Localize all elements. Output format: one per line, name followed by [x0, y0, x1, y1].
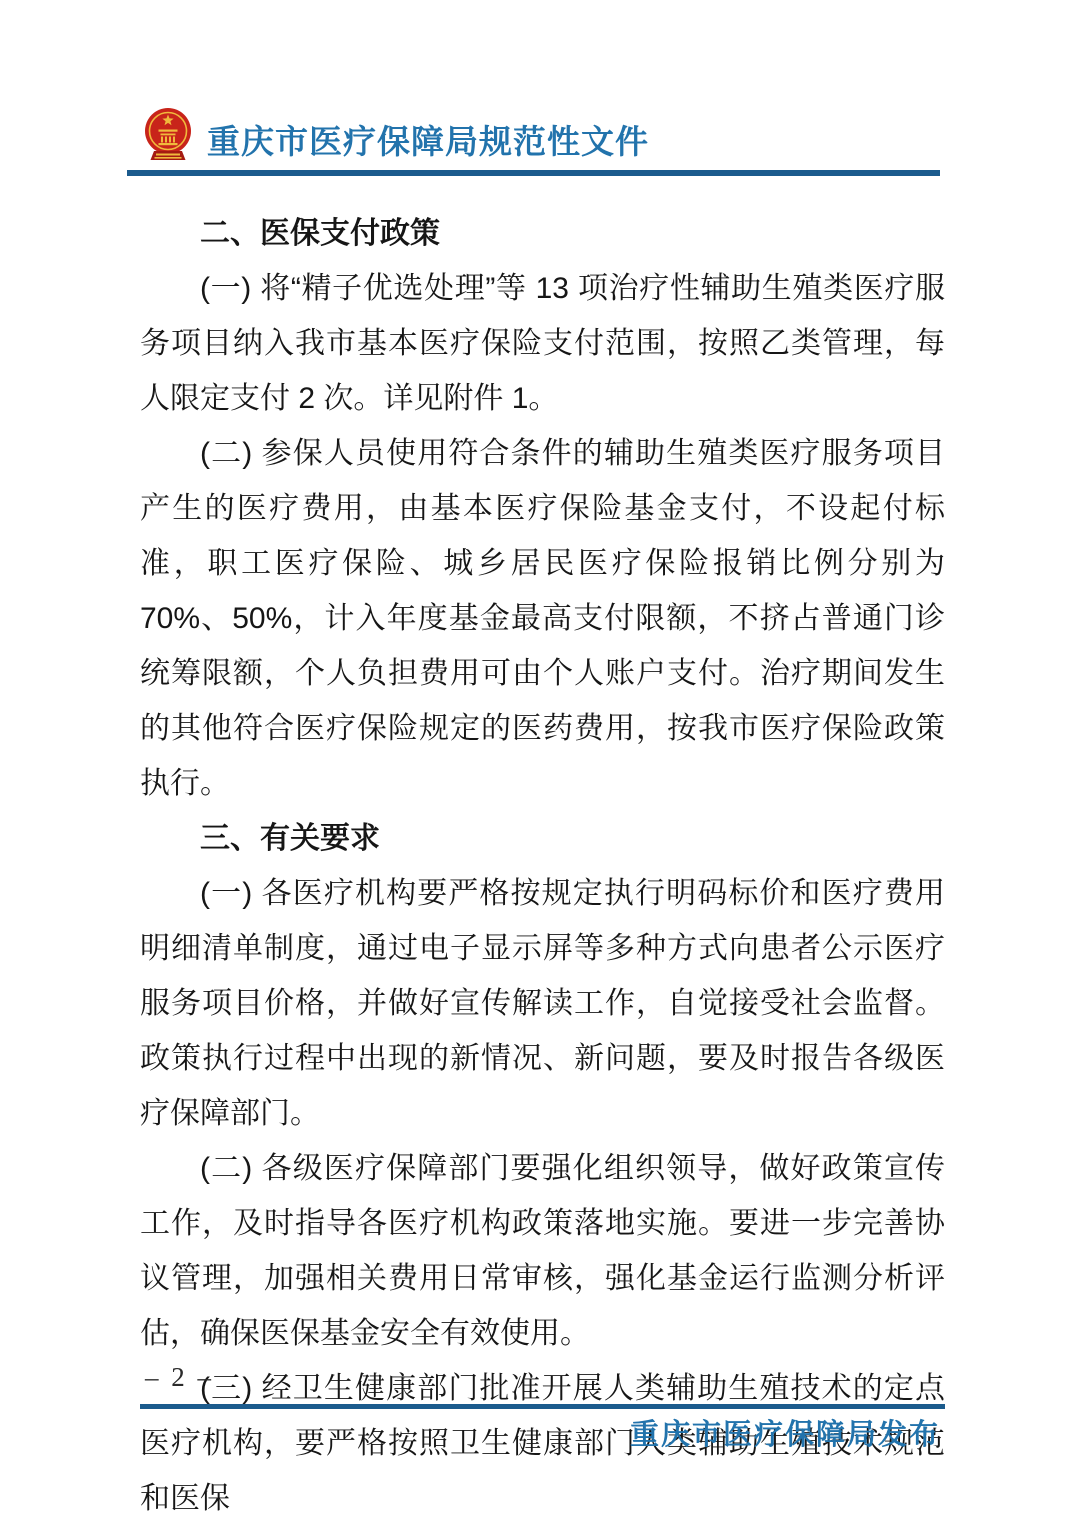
- body-paragraph: (二) 参保人员使用符合条件的辅助生殖类医疗服务项目产生的医疗费用，由基本医疗保…: [140, 426, 945, 811]
- body-paragraph: (一) 将“精子优选处理”等 13 项治疗性辅助生殖类医疗服务项目纳入我市基本医…: [140, 261, 945, 426]
- national-emblem-icon: [142, 105, 194, 163]
- body-paragraph: (一) 各医疗机构要严格按规定执行明码标价和医疗费用明细清单制度，通过电子显示屏…: [140, 866, 945, 1141]
- header-title: 重庆市医疗保障局规范性文件: [207, 123, 649, 163]
- document-body: 二、医保支付政策 (一) 将“精子优选处理”等 13 项治疗性辅助生殖类医疗服务…: [140, 206, 945, 1526]
- page-number: – 2 –: [145, 1362, 214, 1393]
- publisher-label: 重庆市医疗保障局发布: [630, 1412, 940, 1453]
- header-rule: [127, 170, 940, 176]
- section-heading: 二、医保支付政策: [140, 206, 945, 261]
- body-paragraph: (二) 各级医疗保障部门要强化组织领导，做好政策宣传工作，及时指导各医疗机构政策…: [140, 1141, 945, 1361]
- section-heading: 三、有关要求: [140, 811, 945, 866]
- footer-rule: [140, 1404, 945, 1409]
- document-page: 重庆市医疗保障局规范性文件 二、医保支付政策 (一) 将“精子优选处理”等 13…: [0, 0, 1080, 1528]
